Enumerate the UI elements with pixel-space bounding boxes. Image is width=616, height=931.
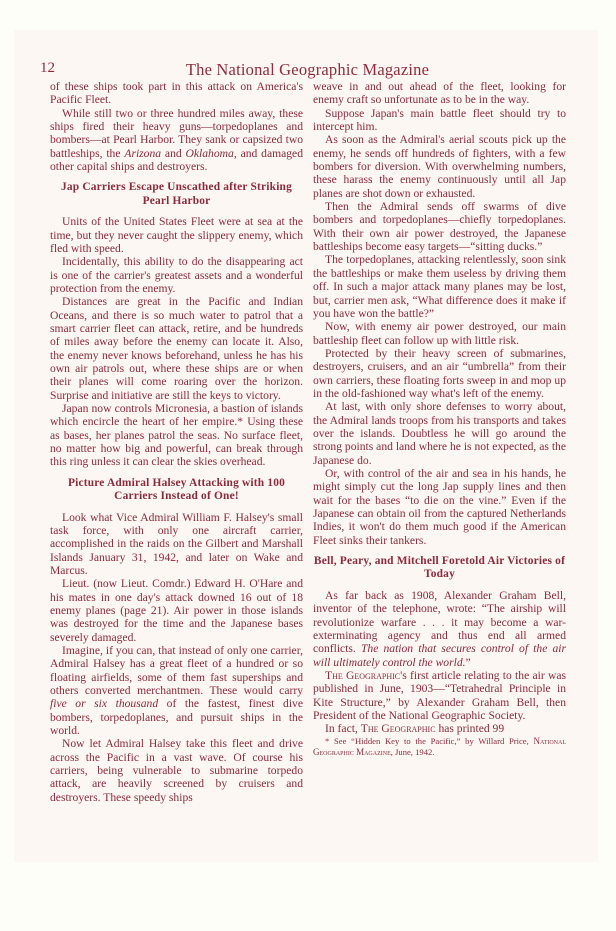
publication-name: The Geographic	[361, 722, 436, 735]
paragraph: At last, with only shore defenses to wor…	[313, 400, 566, 467]
text-run: * See “Hidden Key to the Pacific,” by Wi…	[325, 736, 534, 746]
section-heading: Bell, Peary, and Mitchell Foretold Air V…	[313, 555, 566, 582]
right-column: weave in and out ahead of the fleet, loo…	[313, 80, 566, 758]
paragraph: Now, with enemy air power destroyed, our…	[313, 320, 566, 347]
footnote: * See “Hidden Key to the Pacific,” by Wi…	[313, 736, 566, 758]
paragraph: In fact, The Geographic has printed 99	[313, 722, 566, 735]
paragraph: Distances are great in the Pacific and I…	[50, 295, 303, 402]
paragraph: Lieut. (now Lieut. Comdr.) Edward H. O'H…	[50, 577, 303, 644]
text-run: has printed 99	[436, 722, 505, 735]
ship-name: Oklahoma	[186, 147, 234, 160]
section-heading: Jap Carriers Escape Unscathed after Stri…	[50, 181, 303, 208]
paragraph: As far back as 1908, Alexander Graham Be…	[313, 589, 566, 669]
section-heading: Picture Admiral Halsey Attacking with 10…	[50, 477, 303, 504]
publication-name: The Geographic	[325, 669, 400, 682]
left-column: of these ships took part in this attack …	[50, 80, 303, 804]
paragraph: Incidentally, this ability to do the dis…	[50, 255, 303, 295]
paragraph: of these ships took part in this attack …	[50, 80, 303, 107]
text-run: Imagine, if you can, that instead of onl…	[50, 644, 303, 697]
paragraph: weave in and out ahead of the fleet, loo…	[313, 80, 566, 107]
paragraph: Then the Admiral sends off swarms of div…	[313, 200, 566, 253]
paragraph: The torpedoplanes, attacking relentlessl…	[313, 253, 566, 320]
text-run: and	[161, 147, 185, 160]
emphasis: five or six thousand	[50, 697, 158, 710]
page-header: 12 The National Geographic Magazine	[40, 60, 575, 80]
paragraph: Or, with control of the air and sea in h…	[313, 467, 566, 547]
text-run: ”	[466, 656, 471, 669]
ship-name: Arizona	[124, 147, 161, 160]
running-title: The National Geographic Magazine	[40, 60, 575, 80]
paragraph: Now let Admiral Halsey take this fleet a…	[50, 737, 303, 804]
text-run: In fact,	[325, 722, 361, 735]
paragraph: The Geographic's first article relating …	[313, 669, 566, 722]
paragraph: As soon as the Admiral's aerial scouts p…	[313, 133, 566, 200]
paragraph: Imagine, if you can, that instead of onl…	[50, 644, 303, 737]
paragraph: While still two or three hundred miles a…	[50, 107, 303, 174]
paragraph: Suppose Japan's main battle fleet should…	[313, 107, 566, 134]
text-run: , June, 1942.	[391, 747, 435, 757]
paragraph: Protected by their heavy screen of subma…	[313, 347, 566, 400]
paragraph: Look what Vice Admiral William F. Halsey…	[50, 511, 303, 578]
paragraph: Japan now controls Micronesia, a bastion…	[50, 402, 303, 469]
paragraph: Units of the United States Fleet were at…	[50, 215, 303, 255]
